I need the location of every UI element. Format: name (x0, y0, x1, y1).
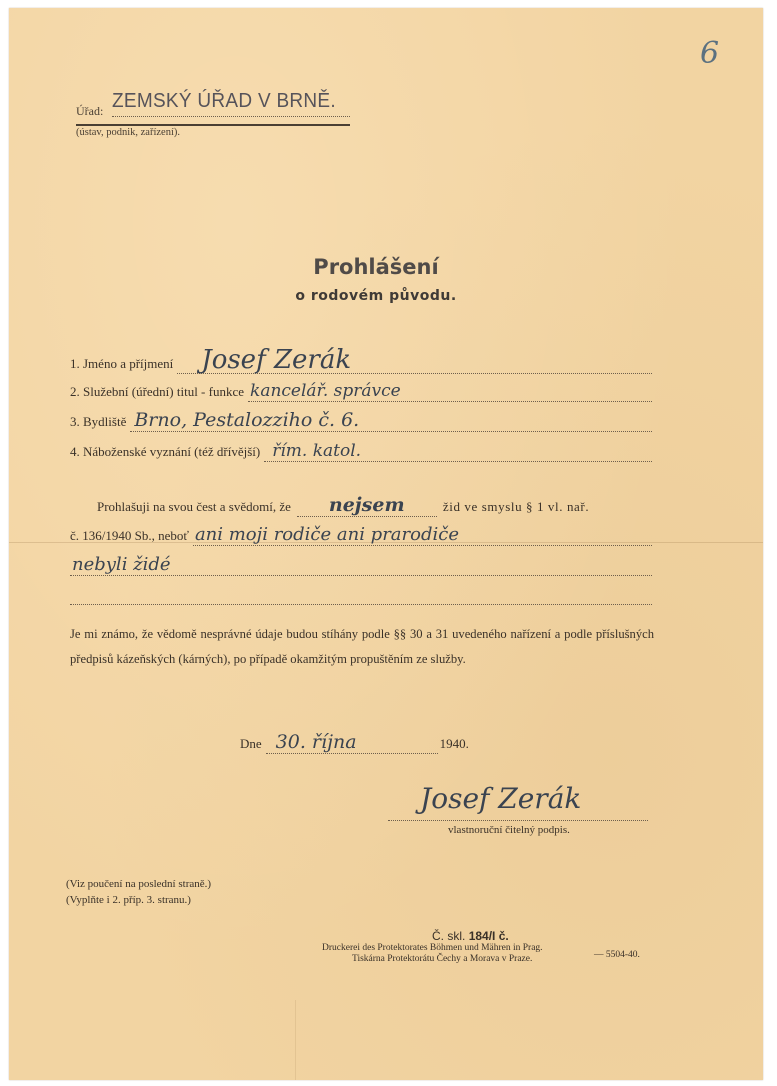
document-subtitle: o rodovém původu. (0, 288, 752, 304)
reason-value-line: ani moji rodiče ani prarodiče (193, 519, 652, 546)
handwritten-residence: Brno, Pestalozziho č. 6. (134, 409, 359, 431)
printer-line-german: Druckerei des Protektorates Böhmen und M… (322, 943, 543, 953)
declaration-prefix: Prohlašuji na svou čest a svědomí, že (97, 499, 291, 517)
field-religion: 4. Náboženské vyznání (též dřívější) řím… (70, 436, 652, 462)
office-sublabel: (ústav, podnik, zařízení). (76, 127, 180, 138)
date-value-line: 30. října (266, 727, 438, 754)
status-value-line: nejsem (297, 490, 437, 517)
field-label: 2. Služební (úřední) titul - funkce (70, 384, 244, 402)
declaration-line-3: nebyli židé (70, 552, 652, 576)
office-stamp: ZEMSKÝ ÚŘAD V BRNĚ. (112, 90, 336, 113)
handwritten-date: 30. října (276, 731, 357, 753)
field-title: 2. Služební (úřední) titul - funkce kanc… (70, 376, 652, 402)
field-value-line: kancelář. správce (248, 375, 652, 402)
reason-value-line: nebyli židé (70, 549, 652, 576)
date-year: 1940. (440, 736, 469, 754)
office-dotted-line (112, 116, 350, 117)
note-fill-pages: (Vyplňte i 2. příp. 3. stranu.) (66, 894, 191, 906)
date-row: Dne 30. října 1940. (240, 728, 540, 754)
document-title: Prohlášení (0, 255, 752, 279)
office-header: Úřad: ZEMSKÝ ÚŘAD V BRNĚ. (76, 86, 356, 126)
form-code: Č. skl. 184/I č. (432, 929, 509, 943)
note-instructions: (Viz poučení na poslední straně.) (66, 878, 211, 890)
handwritten-reason-2: nebyli židé (72, 554, 171, 575)
field-label: 1. Jméno a příjmení (70, 356, 173, 374)
office-label: Úřad: (76, 104, 103, 119)
declaration-line-2: č. 136/1940 Sb., neboť ani moji rodiče a… (70, 522, 652, 546)
field-label: 4. Náboženské vyznání (též dřívější) (70, 444, 260, 462)
field-value-line: Josef Zerák (177, 347, 652, 374)
declaration-suffix: žid ve smyslu § 1 vl. nař. (443, 499, 589, 517)
legal-notice: Je mi známo, že vědomě nesprávné údaje b… (70, 622, 654, 672)
form-code-prefix: Č. skl. (432, 929, 465, 943)
blank-line (70, 604, 652, 605)
handwritten-name: Josef Zerák (201, 345, 351, 375)
field-value-line: řím. katol. (264, 435, 652, 462)
date-prefix: Dne (240, 736, 262, 754)
handwritten-reason-1: ani moji rodiče ani prarodiče (195, 524, 459, 545)
paper-fold-vertical (295, 1000, 296, 1080)
form-code-number: 184/I č. (469, 929, 509, 943)
printer-line-czech: Tiskárna Protektorátu Čechy a Morava v P… (352, 954, 532, 964)
handwritten-status: nejsem (329, 494, 405, 516)
handwritten-religion: řím. katol. (272, 441, 361, 461)
printer-order-number: — 5504-40. (594, 950, 640, 960)
office-underline (76, 124, 350, 126)
handwritten-signature: Josef Zerák (420, 782, 581, 815)
declaration-line-1: Prohlašuji na svou čest a svědomí, že ne… (97, 493, 653, 517)
signature-line (388, 820, 648, 821)
signature-caption: vlastnoruční čitelný podpis. (448, 824, 570, 836)
field-residence: 3. Bydliště Brno, Pestalozziho č. 6. (70, 406, 652, 432)
field-value-line: Brno, Pestalozziho č. 6. (130, 405, 652, 432)
field-name: 1. Jméno a příjmení Josef Zerák (70, 348, 652, 374)
field-label: 3. Bydliště (70, 414, 126, 432)
declaration-law-ref: č. 136/1940 Sb., neboť (70, 528, 189, 546)
handwritten-title: kancelář. správce (250, 381, 401, 401)
page-number: 6 (700, 36, 719, 71)
